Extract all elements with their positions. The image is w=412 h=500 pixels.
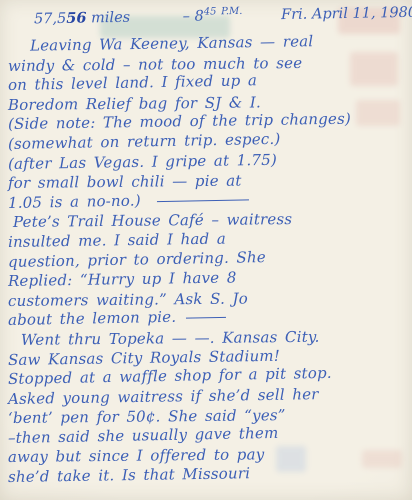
handwriting-text: about the lemon pie. xyxy=(8,308,177,329)
time-separator: – xyxy=(183,9,191,25)
odometer-reading: 57,556 miles xyxy=(34,10,130,28)
odometer-unit: miles xyxy=(86,10,130,27)
handwriting-text: 1.05 is a no-no.) xyxy=(8,191,141,212)
odometer-correction: 56 xyxy=(66,9,86,26)
journal-body: Leaving Wa Keeney, Kansas — real windy &… xyxy=(8,37,410,488)
time-hour: 8 xyxy=(194,8,204,24)
pen-stroke xyxy=(157,198,249,202)
journal-page: 57,556 miles – 845 P.M. Fri. April 11, 1… xyxy=(0,0,412,500)
pen-stroke xyxy=(186,316,226,319)
odometer-prefix: 57,5 xyxy=(34,11,67,28)
time-meridiem: P.M. xyxy=(221,6,243,17)
time-of-entry: – 845 P.M. xyxy=(183,8,243,25)
entry-date: Fri. April 11, 1980 xyxy=(281,5,412,23)
time-minutes: 45 xyxy=(204,6,217,17)
